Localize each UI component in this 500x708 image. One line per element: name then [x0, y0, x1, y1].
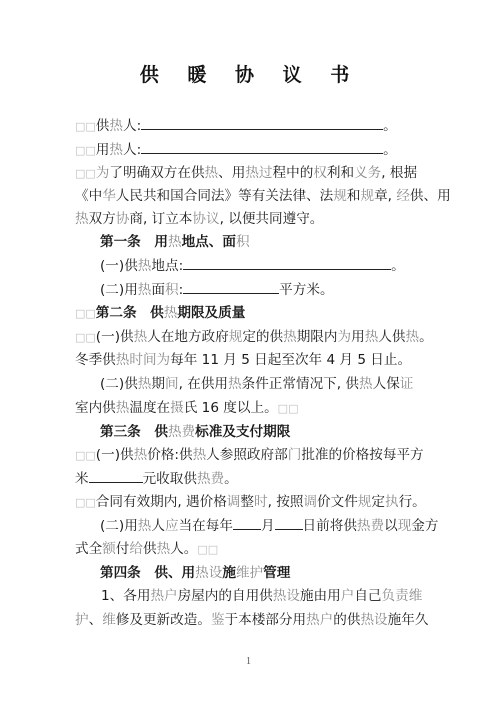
- text-segment: 人: [151, 518, 165, 534]
- text-segment: 热: [193, 447, 207, 463]
- text-line: 1、各用热户房屋内的自用供热设施由用户自己负责维: [101, 585, 451, 607]
- text-segment: 冬季供: [75, 352, 116, 368]
- text-segment: (一)供: [100, 258, 138, 274]
- text-segment: 热费: [357, 518, 384, 534]
- text-line: 冬季供热时间为每年 11 月 5 日起至次年 4 月 5 日止。: [75, 349, 425, 371]
- text-segment: 人供: [378, 329, 405, 345]
- placeholder-glyph: □□: [75, 496, 96, 509]
- text-segment: 式全: [75, 541, 102, 557]
- placeholder-glyph: □□: [197, 543, 218, 556]
- text-segment: 为: [96, 165, 110, 181]
- text-segment: 门: [288, 447, 302, 463]
- text-segment: 热: [134, 447, 148, 463]
- text-segment: 。: [383, 142, 397, 158]
- blank-fill-line: [141, 115, 383, 130]
- text-segment: 章,: [374, 188, 396, 204]
- blank-fill-line: [233, 515, 261, 530]
- text-segment: 热过: [245, 165, 272, 181]
- text-segment: (一)供: [96, 447, 134, 463]
- text-segment: 热: [228, 376, 242, 392]
- text-segment: 自己: [354, 588, 381, 604]
- text-segment: 和: [347, 188, 361, 204]
- text-segment: 证: [400, 376, 414, 392]
- text-segment: (二)供: [100, 376, 138, 392]
- text-line: 第一条 用热地点、面积: [100, 231, 450, 253]
- text-segment: 权: [313, 165, 327, 181]
- text-line: (二)供热期间, 在供用热条件正常情况下, 供热人保证: [100, 373, 450, 395]
- text-line: 式全额付给供热人。□□: [75, 538, 425, 560]
- document-title: 供 暖 协 议 书: [0, 60, 500, 87]
- text-segment: 供: [96, 118, 110, 134]
- text-line: 热双方协商, 订立本协议, 以便共同遵守。: [75, 208, 425, 230]
- text-segment: 调: [227, 494, 241, 510]
- text-line: □□(一)供热价格:供热人参照政府部门批准的价格按每平方: [75, 444, 425, 466]
- text-segment: 定: [371, 494, 385, 510]
- text-segment: 人参照政府部: [206, 447, 288, 463]
- text-segment: 施年久: [388, 612, 429, 628]
- text-segment: 积: [236, 234, 250, 250]
- text-segment: 施由用: [300, 588, 341, 604]
- text-segment: 热: [405, 329, 419, 345]
- text-segment: 标准及支付期限: [195, 424, 290, 440]
- text-line: □□第二条 供热期限及质量: [75, 302, 425, 324]
- placeholder-glyph: □□: [278, 402, 299, 415]
- text-segment: 期: [151, 376, 165, 392]
- text-line: □□供热人:。: [75, 115, 425, 137]
- text-segment: 《中: [75, 188, 102, 204]
- text-segment: 人。: [170, 541, 197, 557]
- text-segment: 人民共和国合同法》等有关法律、法: [116, 188, 334, 204]
- text-segment: 元收取供: [143, 471, 197, 487]
- text-segment: 价文件: [317, 494, 358, 510]
- text-segment: 维: [102, 612, 116, 628]
- text-segment: 地点、面: [182, 234, 236, 250]
- text-segment: 摄: [170, 400, 184, 416]
- text-segment: 程中的: [273, 165, 314, 181]
- text-segment: 华: [102, 188, 116, 204]
- text-segment: 热: [116, 400, 130, 416]
- text-segment: 人:: [123, 118, 141, 134]
- text-segment: 了明确双方在供: [109, 165, 204, 181]
- text-segment: 时: [254, 494, 268, 510]
- page-number: 1: [246, 656, 251, 667]
- text-segment: 热设: [195, 565, 222, 581]
- text-segment: 条件正常情况下, 供: [242, 376, 359, 392]
- text-segment: 供: [143, 541, 157, 557]
- text-segment: 热: [75, 211, 89, 227]
- text-segment: 用: [351, 329, 365, 345]
- placeholder-glyph: □□: [75, 307, 96, 320]
- text-line: 第三条 供热费标准及支付期限: [100, 421, 450, 443]
- text-segment: 规: [360, 188, 374, 204]
- text-segment: 热户: [306, 612, 333, 628]
- text-segment: 金方: [411, 518, 438, 534]
- text-segment: , 以便共同遵守。: [220, 211, 324, 227]
- text-segment: (二)用: [100, 282, 138, 298]
- placeholder-glyph: □□: [75, 144, 96, 157]
- text-segment: 应: [165, 518, 179, 534]
- text-segment: 热: [138, 518, 152, 534]
- text-segment: 期限及质量: [177, 305, 245, 321]
- text-segment: 额: [102, 541, 116, 557]
- text-segment: 米: [75, 471, 89, 487]
- text-segment: 协: [116, 211, 130, 227]
- text-segment: 热: [365, 329, 379, 345]
- text-segment: 热: [134, 329, 148, 345]
- text-segment: 护: [75, 612, 89, 628]
- text-segment: 、用: [218, 165, 245, 181]
- text-segment: 。: [224, 471, 238, 487]
- text-segment: 热费: [168, 424, 195, 440]
- text-segment: 人保: [373, 376, 400, 392]
- text-segment: 规: [229, 329, 243, 345]
- placeholder-glyph: □□: [75, 120, 96, 133]
- text-segment: 热户: [150, 588, 177, 604]
- text-segment: 。: [383, 118, 397, 134]
- text-segment: 热: [164, 305, 178, 321]
- text-segment: 鉴: [211, 612, 225, 628]
- blank-fill-line: [141, 139, 383, 154]
- text-segment: 修及更新改造。: [116, 612, 211, 628]
- text-line: 米元收取供热费。: [75, 468, 425, 490]
- text-line: (二)用热人应当在每年月日前将供热费以现金方: [100, 515, 450, 537]
- text-segment: (二)用: [100, 518, 138, 534]
- text-segment: , 按照: [268, 494, 304, 510]
- text-segment: 第二条 供: [96, 305, 164, 321]
- document-page: 供 暖 协 议 书 □□供热人:。□□用热人:。□□为了明确双方在供热、用热过程…: [0, 0, 500, 708]
- blank-fill-line: [89, 468, 143, 483]
- text-segment: 热设: [273, 588, 300, 604]
- text-segment: 规: [333, 188, 347, 204]
- text-segment: 间: [165, 376, 179, 392]
- placeholder-glyph: □□: [75, 167, 96, 180]
- text-line: 《中华人民共和国合同法》等有关法律、法规和规章, 经供、用: [75, 185, 425, 207]
- text-segment: 整: [240, 494, 254, 510]
- blank-fill-line: [183, 279, 279, 294]
- text-segment: 、: [89, 612, 103, 628]
- text-segment: 热费: [197, 471, 224, 487]
- text-line: 第四条 供、用热设施维护管理: [100, 562, 450, 584]
- text-segment: 氏 16 度以上。: [184, 400, 278, 416]
- text-line: □□合同有效期内, 遇价格调整时, 按照调价文件规定执行。: [75, 491, 425, 513]
- text-segment: 定的供: [242, 329, 283, 345]
- text-line: □□(一)供热人在地方政府规定的供热期限内为用热人供热。: [75, 326, 425, 348]
- text-segment: 热: [109, 118, 123, 134]
- placeholder-glyph: □□: [75, 449, 96, 462]
- text-segment: 月: [261, 518, 275, 534]
- text-segment: 热: [283, 329, 297, 345]
- text-segment: 付: [116, 541, 130, 557]
- text-segment: 温度在: [129, 400, 170, 416]
- text-segment: 合同有效期内, 遇价格: [96, 494, 227, 510]
- text-segment: 协议: [192, 211, 219, 227]
- text-segment: 热: [138, 258, 152, 274]
- text-segment: 热: [359, 376, 373, 392]
- text-segment: 热时间为: [116, 352, 170, 368]
- placeholder-glyph: □□: [75, 331, 96, 344]
- text-segment: 利和: [327, 165, 354, 181]
- text-segment: 每年 11 月 5 日起至次年 4 月 5 日止。: [170, 352, 411, 368]
- text-segment: 期限内: [297, 329, 338, 345]
- text-segment: 户: [341, 588, 355, 604]
- text-segment: 商, 订立本: [129, 211, 192, 227]
- text-line: □□用热人:。: [75, 139, 425, 161]
- text-segment: 当在每年: [179, 518, 233, 534]
- text-line: 护、维修及更新改造。鉴于本楼部分用热户的供热设施年久: [75, 609, 425, 631]
- text-segment: 义务: [354, 165, 381, 181]
- text-segment: 价格:供: [147, 447, 192, 463]
- text-line: 室内供热温度在摄氏 16 度以上。□□: [75, 397, 425, 419]
- text-segment: 室内供: [75, 400, 116, 416]
- text-segment: 行。: [399, 494, 426, 510]
- text-line: (一)供热地点:。: [100, 255, 450, 277]
- text-segment: 执: [385, 494, 399, 510]
- text-segment: 经: [396, 188, 410, 204]
- text-line: (二)用热面积:平方米。: [100, 279, 450, 301]
- text-segment: 地点:: [151, 258, 183, 274]
- text-segment: 以: [384, 518, 398, 534]
- text-segment: , 在供用: [179, 376, 228, 392]
- text-segment: 现: [398, 518, 412, 534]
- text-segment: 热: [138, 376, 152, 392]
- text-segment: 日前将供: [303, 518, 357, 534]
- text-segment: 人在地方政府: [147, 329, 229, 345]
- text-segment: 热设: [360, 612, 387, 628]
- text-segment: 供、用: [410, 188, 451, 204]
- text-segment: 于本楼部分用: [225, 612, 307, 628]
- text-segment: 1、各用: [101, 588, 150, 604]
- text-segment: 给: [129, 541, 143, 557]
- text-segment: 批准的价格按每平方: [301, 447, 423, 463]
- text-segment: 面: [151, 282, 165, 298]
- text-segment: 用: [96, 142, 110, 158]
- text-segment: 热: [168, 234, 182, 250]
- text-line: □□为了明确双方在供热、用热过程中的权利和义务, 根据: [75, 162, 425, 184]
- text-segment: 热: [138, 282, 152, 298]
- text-segment: 热: [109, 142, 123, 158]
- text-segment: 为: [338, 329, 352, 345]
- blank-fill-line: [275, 515, 303, 530]
- text-segment: 的供: [333, 612, 360, 628]
- text-segment: 。: [419, 329, 433, 345]
- text-segment: 第一条 用: [100, 234, 168, 250]
- text-segment: 热: [205, 165, 219, 181]
- text-segment: 调: [303, 494, 317, 510]
- text-segment: 积: [165, 282, 179, 298]
- text-segment: (一)供: [96, 329, 134, 345]
- text-segment: 双方: [89, 211, 116, 227]
- text-segment: 负责维: [382, 588, 423, 604]
- text-segment: 管理: [263, 565, 290, 581]
- text-segment: , 根据: [381, 165, 417, 181]
- text-segment: 房屋内的自用供: [178, 588, 273, 604]
- text-segment: 维护: [236, 565, 263, 581]
- blank-fill-line: [183, 255, 391, 270]
- text-segment: 平方米。: [279, 282, 333, 298]
- text-segment: 施: [222, 565, 236, 581]
- text-segment: 规: [358, 494, 372, 510]
- text-segment: 第三条 供: [100, 424, 168, 440]
- text-segment: 。: [391, 258, 405, 274]
- text-segment: 人:: [123, 142, 141, 158]
- text-segment: 热: [157, 541, 171, 557]
- text-segment: 第四条 供、用: [100, 565, 195, 581]
